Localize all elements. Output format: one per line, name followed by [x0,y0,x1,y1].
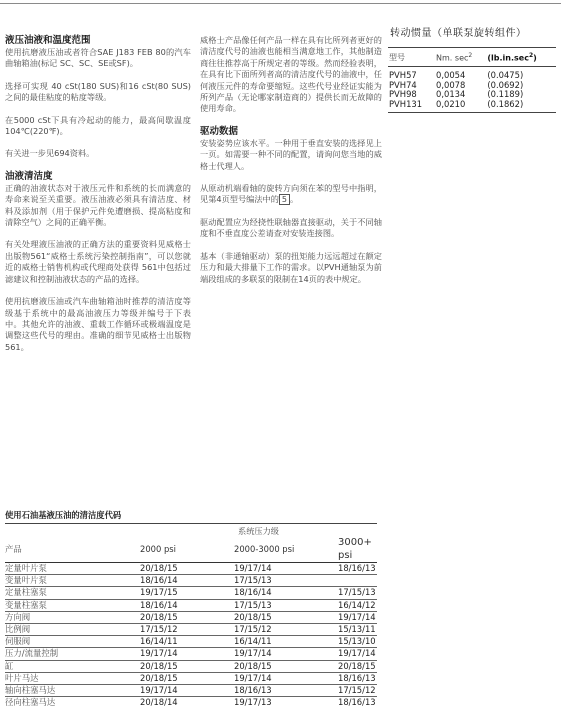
cell-2000-3000: 19/17/13 [234,697,338,706]
cell-product: 径向柱塞马达 [5,697,140,706]
table-row: 方向阀20/18/1520/18/1519/17/14 [5,611,377,623]
table-row: PVH57 0,0054 (0.0475) [388,67,556,81]
cell-3000plus: 18/16/13 [338,697,377,706]
paragraph: 使用抗磨液压油或者符合SAE J183 FEB 80的汽车曲轴箱油(标记 SC、… [5,47,191,70]
col-header-imperial: (lb.in.sec2) [486,48,556,67]
superscript: 2 [468,52,472,59]
col-header-model: 型号 [388,48,435,67]
table-row: 轴向柱塞马达19/17/1418/16/1317/15/12 [5,685,377,697]
section-heading-cleanliness: 油液清洁度 [5,171,191,183]
header-text: (lb.in.sec [487,54,529,63]
cell-2000-3000: 18/16/13 [234,685,338,697]
paragraph: 安装姿势应该水平。一种用于垂直安装的选择见上一页。如需要一种不同的配置，请询问您… [200,138,382,172]
cell-2000-3000: 19/17/14 [234,563,338,575]
cell-product: 定量柱塞泵 [5,587,140,599]
cell-product: 轴向柱塞马达 [5,685,140,697]
col-header-3000plus: 3000+ psi [338,536,377,563]
cell-product: 缸 [5,660,140,672]
paragraph: 使用抗磨液压油或汽车曲轴箱油时推荐的清洁度等级基于系统中的最高油液压力等级并编号… [5,296,191,353]
cell-product: 变量柱塞泵 [5,599,140,611]
cell-3000plus: 19/17/14 [338,611,377,623]
table-row: 比例阀17/15/1217/15/1215/13/11 [5,624,377,636]
table-row: 叶片马达20/18/1519/17/1418/16/13 [5,672,377,684]
left-column: 液压油液和温度范围 使用抗磨液压油或者符合SAE J183 FEB 80的汽车曲… [5,35,191,364]
table-row: 定量柱塞泵19/17/1518/16/1417/15/13 [5,587,377,599]
paragraph: 威格士产品像任何产品一样在具有比所列者更好的清洁度代号的油液也能相当满意地工作，… [200,35,382,115]
inertia-section: 转动惯量（单联泵旋转组件） 型号 Nm. sec2 (lb.in.sec2) P… [388,28,558,113]
paragraph-text: 。 [290,194,298,204]
cleanliness-table-title: 使用石油基液压油的清洁度代码 [5,509,377,521]
cell-2000-3000: 17/15/12 [234,624,338,636]
cell-product: 定量叶片泵 [5,563,140,575]
paragraph: 基本（非通轴驱动）泵的扭矩能力远远超过在额定压力和最大排量下工作的需求。以PVH… [200,251,382,285]
cell-product: 比例阀 [5,624,140,636]
cell-3000plus: 19/17/14 [338,648,377,660]
cell-2000: 16/14/11 [140,636,234,648]
cell-product: 方向阀 [5,611,140,623]
cell-model: PVH57 [388,67,435,81]
cell-2000: 20/18/15 [140,660,234,672]
cell-2000: 19/17/15 [140,587,234,599]
header-text: ) [533,54,537,63]
cell-2000-3000: 17/15/13 [234,599,338,611]
cell-2000: 20/18/15 [140,672,234,684]
section-heading-fluids: 液压油液和温度范围 [5,35,191,47]
cell-3000plus: 18/16/13 [338,672,377,684]
col-header-2000: 2000 psi [140,536,234,563]
top-rule [0,3,561,4]
paragraph: 在5000 cSt下具有冷起动的能力，最高间歇温度104℃(220℉)。 [5,115,191,138]
cell-metric: 0,0054 [435,67,486,81]
cell-2000-3000: 17/15/13 [234,575,338,587]
cell-3000plus: 17/15/13 [338,587,377,599]
cell-2000-3000: 16/14/11 [234,636,338,648]
cell-3000plus [338,575,377,587]
cell-product: 叶片马达 [5,672,140,684]
table-row: 缸20/18/1520/18/1520/18/15 [5,660,377,672]
cell-2000-3000: 18/16/14 [234,587,338,599]
table-row: 伺服阀16/14/1116/14/1115/13/10 [5,636,377,648]
cell-2000: 20/18/15 [140,563,234,575]
cell-2000-3000: 20/18/15 [234,611,338,623]
cell-3000plus: 15/13/10 [338,636,377,648]
table-row: 径向柱塞马达20/18/1419/17/1318/16/13 [5,697,377,706]
cell-3000plus: 17/15/12 [338,685,377,697]
cell-2000: 18/16/14 [140,575,234,587]
cell-product: 压力/流量控制 [5,648,140,660]
inertia-table-title: 转动惯量（单联泵旋转组件） [390,28,558,39]
cell-model: PVH131 [388,100,435,113]
cell-imperial: (0.0475) [486,67,556,81]
cell-2000: 17/15/12 [140,624,234,636]
cell-2000: 20/18/14 [140,697,234,706]
paragraph: 选择可实现 40 cSt(180 SUS)和16 cSt(80 SUS)之间的最… [5,81,191,104]
col-header-metric: Nm. sec2 [435,48,486,67]
paragraph: 正确的油液状态对于液压元件和系统的长而满意的寿命来说至关重要。液压油液必须具有清… [5,183,191,229]
table-row: 变量叶片泵18/16/1417/15/13 [5,575,377,587]
inertia-table: 型号 Nm. sec2 (lb.in.sec2) PVH57 0,0054 (0… [388,47,556,113]
cell-2000-3000: 19/17/14 [234,672,338,684]
cell-metric: 0,0210 [435,100,486,113]
cell-3000plus: 15/13/11 [338,624,377,636]
cell-2000: 20/18/15 [140,611,234,623]
table-row: 变量柱塞泵18/16/1417/15/1316/14/12 [5,599,377,611]
table-row: 定量叶片泵20/18/1519/17/1418/16/13 [5,563,377,575]
cleanliness-section: 使用石油基液压油的清洁度代码 系统压力级 产品 2000 psi 2000-30… [5,509,377,706]
reference-box: 5 [279,194,290,205]
cell-2000: 18/16/14 [140,599,234,611]
cell-3000plus: 18/16/13 [338,563,377,575]
cell-product: 变量叶片泵 [5,575,140,587]
cell-product: 伺服阀 [5,636,140,648]
cell-2000: 19/17/14 [140,685,234,697]
paragraph: 驱动配置应为经挠性联轴器直接驱动，关于不同轴度和不垂直度公差请查对安装连接图。 [200,217,382,240]
table-row: 压力/流量控制19/17/1419/17/1419/17/14 [5,648,377,660]
table-row: PVH131 0,0210 (0.1862) [388,100,556,113]
paragraph: 有关进一步见694资料。 [5,148,191,159]
cleanliness-table: 系统压力级 产品 2000 psi 2000-3000 psi 3000+ ps… [5,523,377,706]
cell-2000-3000: 20/18/15 [234,660,338,672]
cell-3000plus: 20/18/15 [338,660,377,672]
col-header-product: 产品 [5,536,140,563]
cell-2000: 19/17/14 [140,648,234,660]
paragraph: 有关处理液压油液的正确方法的重要资料见威格士出版物561“威格士系统污染控制指南… [5,239,191,285]
cell-imperial: (0.1862) [486,100,556,113]
section-heading-drive: 驱动数据 [200,126,382,138]
cell-3000plus: 16/14/12 [338,599,377,611]
group-header-spacer [5,524,140,537]
header-text: Nm. sec [436,54,468,63]
paragraph: 从原动机端看轴的旋转方向须在苯的型号中指明，见第4页型号编法中的5。 [200,183,382,206]
col-header-2000-3000: 2000-3000 psi [234,536,338,563]
group-header-pressure: 系统压力级 [140,524,377,537]
middle-column: 威格士产品像任何产品一样在具有比所列者更好的清洁度代号的油液也能相当满意地工作，… [200,35,382,296]
cell-2000-3000: 19/17/14 [234,648,338,660]
